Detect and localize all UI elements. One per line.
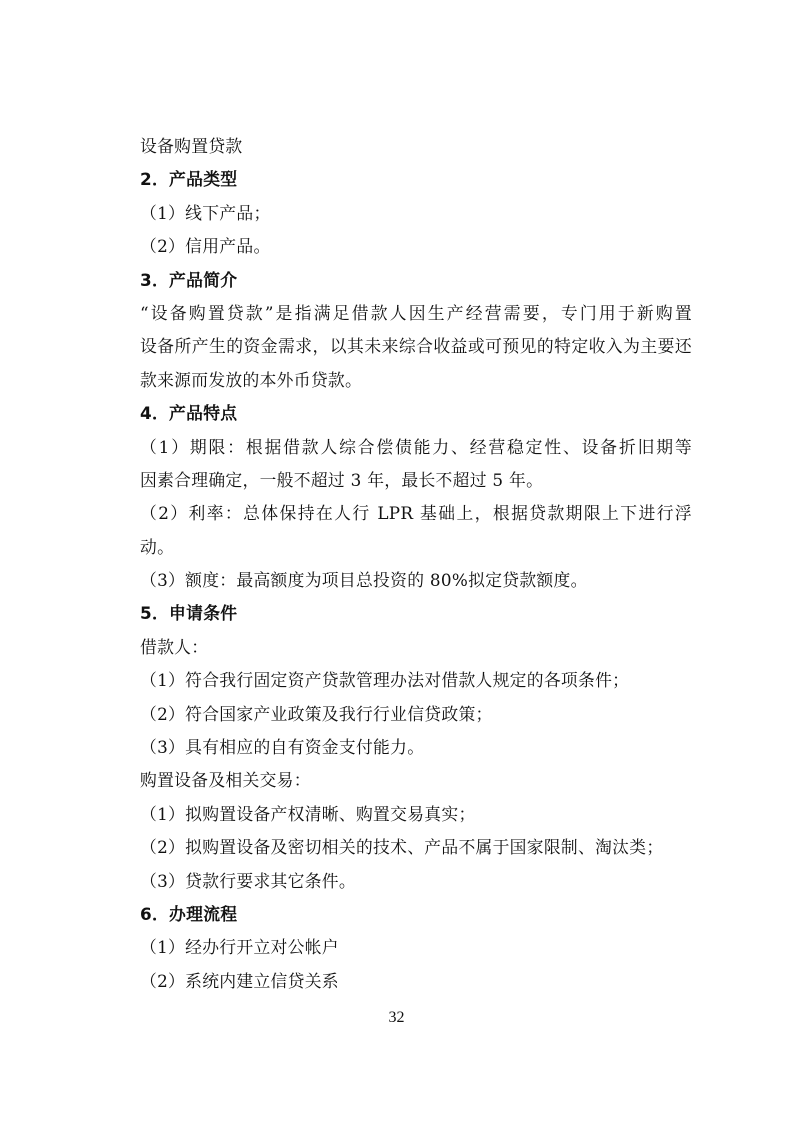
list-item: （2）符合国家产业政策及我行行业信贷政策； — [140, 698, 692, 731]
list-item: （2）拟购置设备及密切相关的技术、产品不属于国家限制、淘汰类； — [140, 831, 692, 864]
section-heading-application-conditions: 5．申请条件 — [140, 597, 692, 630]
list-item: （1）经办行开立对公帐户 — [140, 931, 692, 964]
paragraph-line: 款来源而发放的本外币贷款。 — [140, 364, 692, 397]
paragraph-line: 动。 — [140, 531, 692, 564]
section-heading-product-type: 2．产品类型 — [140, 163, 692, 196]
list-item: （1）符合我行固定资产贷款管理办法对借款人规定的各项条件； — [140, 664, 692, 697]
section-heading-product-features: 4．产品特点 — [140, 397, 692, 430]
document-page: 设备购置贷款 2．产品类型 （1）线下产品； （2）信用产品。 3．产品简介 “… — [140, 130, 692, 998]
list-item: （2）系统内建立信贷关系 — [140, 965, 692, 998]
paragraph-line: 因素合理确定，一般不超过 3 年，最长不超过 5 年。 — [140, 464, 692, 497]
list-item: （2）信用产品。 — [140, 230, 692, 263]
list-item: （1）拟购置设备产权清晰、购置交易真实； — [140, 798, 692, 831]
paragraph-line: “设备购置贷款”是指满足借款人因生产经营需要，专门用于新购置 — [140, 297, 692, 330]
product-name: 设备购置贷款 — [140, 130, 692, 163]
list-item: （3）贷款行要求其它条件。 — [140, 865, 692, 898]
subsection-label-equipment: 购置设备及相关交易： — [140, 764, 692, 797]
section-heading-product-intro: 3．产品简介 — [140, 264, 692, 297]
paragraph-line: 设备所产生的资金需求，以其未来综合收益或可预见的特定收入为主要还 — [140, 330, 692, 363]
section-heading-process: 6．办理流程 — [140, 898, 692, 931]
paragraph-line: （2）利率：总体保持在人行 LPR 基础上，根据贷款期限上下进行浮 — [140, 497, 692, 530]
paragraph-line: （3）额度：最高额度为项目总投资的 80%拟定贷款额度。 — [140, 564, 692, 597]
list-item: （1）线下产品； — [140, 197, 692, 230]
paragraph-line: （1）期限：根据借款人综合偿债能力、经营稳定性、设备折旧期等 — [140, 431, 692, 464]
list-item: （3）具有相应的自有资金支付能力。 — [140, 731, 692, 764]
subsection-label-borrower: 借款人： — [140, 631, 692, 664]
page-number: 32 — [0, 1009, 793, 1027]
